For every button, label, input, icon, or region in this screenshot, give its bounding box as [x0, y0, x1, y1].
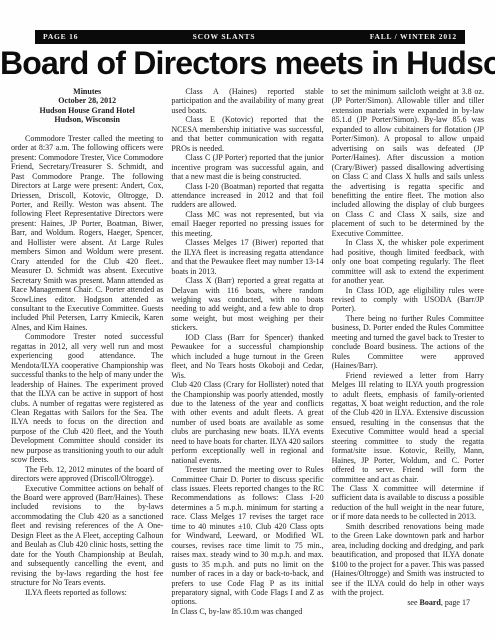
paragraph: Class X (Barr) reported a great regatta … — [171, 276, 323, 333]
minutes-heading-line: Hudson, Wisconsin — [11, 115, 163, 124]
paragraph: Class E (Kotovic) reported that the NCES… — [171, 115, 323, 153]
continuation-prefix: see — [407, 598, 419, 607]
paragraph: Class A (Haines) reported stable partici… — [171, 87, 323, 115]
paragraph: Commodore Trester noted successful regat… — [11, 332, 163, 464]
page-number: PAGE 16 — [43, 32, 78, 41]
article-headline: Board of Directors meets in Hudson — [0, 45, 495, 82]
paragraph: In Class C, by-law 85.10.m was changed — [171, 607, 323, 616]
paragraph: to set the minimum sailcloth weight at 3… — [332, 87, 484, 238]
paragraph: IOD Class (Barr for Spencer) thanked Pew… — [171, 333, 323, 380]
paragraph: Trester turned the meeting over to Rules… — [171, 465, 323, 607]
newsletter-page: PAGE 16 SCOW SLANTS FALL / WINTER 2012 B… — [0, 0, 495, 640]
paragraph: Commodore Trester called the meeting to … — [11, 134, 163, 333]
column-3: to set the minimum sailcloth weight at 3… — [332, 87, 484, 616]
paragraph: There being no further Rules Committee b… — [332, 314, 484, 371]
article-body: Minutes October 28, 2012 Hudson House Gr… — [0, 87, 495, 616]
issue-date: FALL / WINTER 2012 — [370, 32, 457, 41]
paragraph: Friend reviewed a letter from Harry Melg… — [332, 371, 484, 484]
paragraph: Class I-20 (Boatman) reported that regat… — [171, 182, 323, 210]
publication-title: SCOW SLANTS — [193, 32, 256, 41]
paragraph: Smith described renovations being made t… — [332, 522, 484, 598]
paragraph: The Class X committee will determine if … — [332, 484, 484, 522]
paragraph: In Class IOD, age eligibility rules were… — [332, 286, 484, 314]
column-2: Class A (Haines) reported stable partici… — [171, 87, 323, 616]
minutes-heading-line: October 28, 2012 — [11, 96, 163, 105]
minutes-heading-line: Minutes — [11, 87, 163, 96]
column-1: Minutes October 28, 2012 Hudson House Gr… — [11, 87, 163, 616]
paragraph: Executive Committee actions on behalf of… — [11, 484, 163, 588]
continuation-keyword: Board — [420, 598, 441, 607]
paragraph: ILYA fleets reported as follows: — [11, 588, 163, 597]
paragraph: Club 420 Class (Crary for Hollister) not… — [171, 380, 323, 465]
paragraph: The Feb. 12, 2012 minutes of the board o… — [11, 465, 163, 484]
continuation-note: see Board, page 17 — [332, 598, 484, 607]
paragraph: Class MC was not represented, but via em… — [171, 210, 323, 238]
page-header-bar: PAGE 16 SCOW SLANTS FALL / WINTER 2012 — [35, 30, 465, 44]
minutes-heading: Minutes October 28, 2012 Hudson House Gr… — [11, 87, 163, 125]
paragraph: In Class X, the whisker pole experiment … — [332, 238, 484, 285]
continuation-suffix: , page 17 — [441, 598, 470, 607]
paragraph: Class C (JP Porter) reported that the ju… — [171, 153, 323, 181]
paragraph: Classes Melges 17 (Biwer) reported that … — [171, 238, 323, 276]
minutes-heading-line: Hudson House Grand Hotel — [11, 106, 163, 115]
